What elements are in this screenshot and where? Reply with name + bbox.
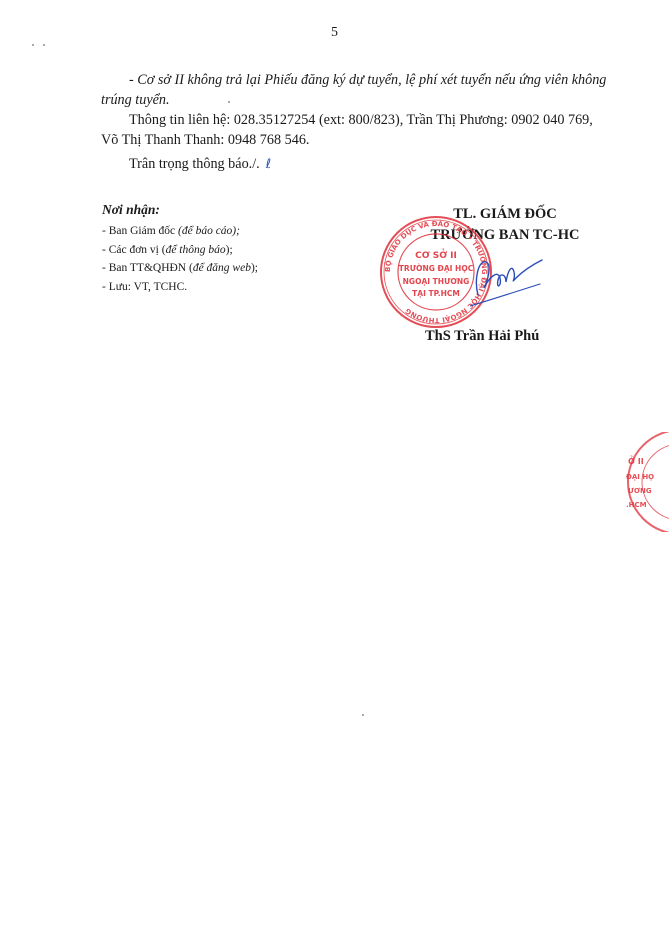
recipients-block: Nơi nhận: - Ban Giám đốc (để báo cáo); -… [102,202,258,296]
recipient-note: để đăng web [193,262,251,274]
recipient-suffix: ); [251,262,258,274]
recipients-heading: Nơi nhận: [102,202,258,218]
recipient-text: - Các đơn vị ( [102,244,166,256]
recipient-text: - Ban Giám đốc [102,225,178,237]
stamp-edge-line-4: .HCM [626,501,647,509]
contact-line-2: Võ Thị Thanh Thanh: 0948 768 546. [101,130,309,150]
stamp-line-4: TẠI TP.HCM [412,289,460,298]
recipient-text: - Ban TT&QHĐN ( [102,262,193,274]
stamp-edge-line-3: ƯƠNG [628,487,652,495]
contact-line-1: Thông tin liên hệ: 028.35127254 (ext: 80… [129,110,593,130]
recipient-item: - Ban Giám đốc (để báo cáo); [102,222,258,241]
stamp-line-2: TRƯỜNG ĐẠI HỌC [399,264,474,273]
recipient-item: - Ban TT&QHĐN (để đăng web); [102,259,258,278]
stamp-line-3: NGOẠI THƯƠNG [403,277,470,286]
recipient-item: - Lưu: VT, TCHC. [102,278,258,297]
scan-speck [228,101,230,103]
stamp-edge-line-2: ĐẠI HỌ [626,473,654,481]
partial-stamp-edge-icon: Ở II ĐẠI HỌ ƯƠNG .HCM [620,432,669,532]
scan-speck [32,44,34,46]
stamp-line-1: CƠ SỞ II [415,248,457,261]
note-line-1: - Cơ sở II không trả lại Phiếu đăng ký d… [129,70,606,90]
recipient-text: - Lưu: VT, TCHC. [102,281,187,293]
recipient-note: (để báo cáo); [178,225,240,237]
recipient-note: để thông báo [166,244,226,256]
note-line-2: trúng tuyển. [101,90,170,110]
signer-name: ThS Trần Hải Phú [425,328,539,345]
page-number: 5 [0,25,669,41]
recipient-suffix: ); [226,244,233,256]
scan-speck [362,714,364,716]
recipient-item: - Các đơn vị (để thông báo); [102,241,258,260]
scan-speck [43,44,45,46]
closing-line: Trân trọng thông báo./.ℓ [129,154,271,175]
handwritten-initial: ℓ [266,157,271,172]
closing-text: Trân trọng thông báo./. [129,156,260,172]
handwritten-signature-icon [470,250,550,310]
